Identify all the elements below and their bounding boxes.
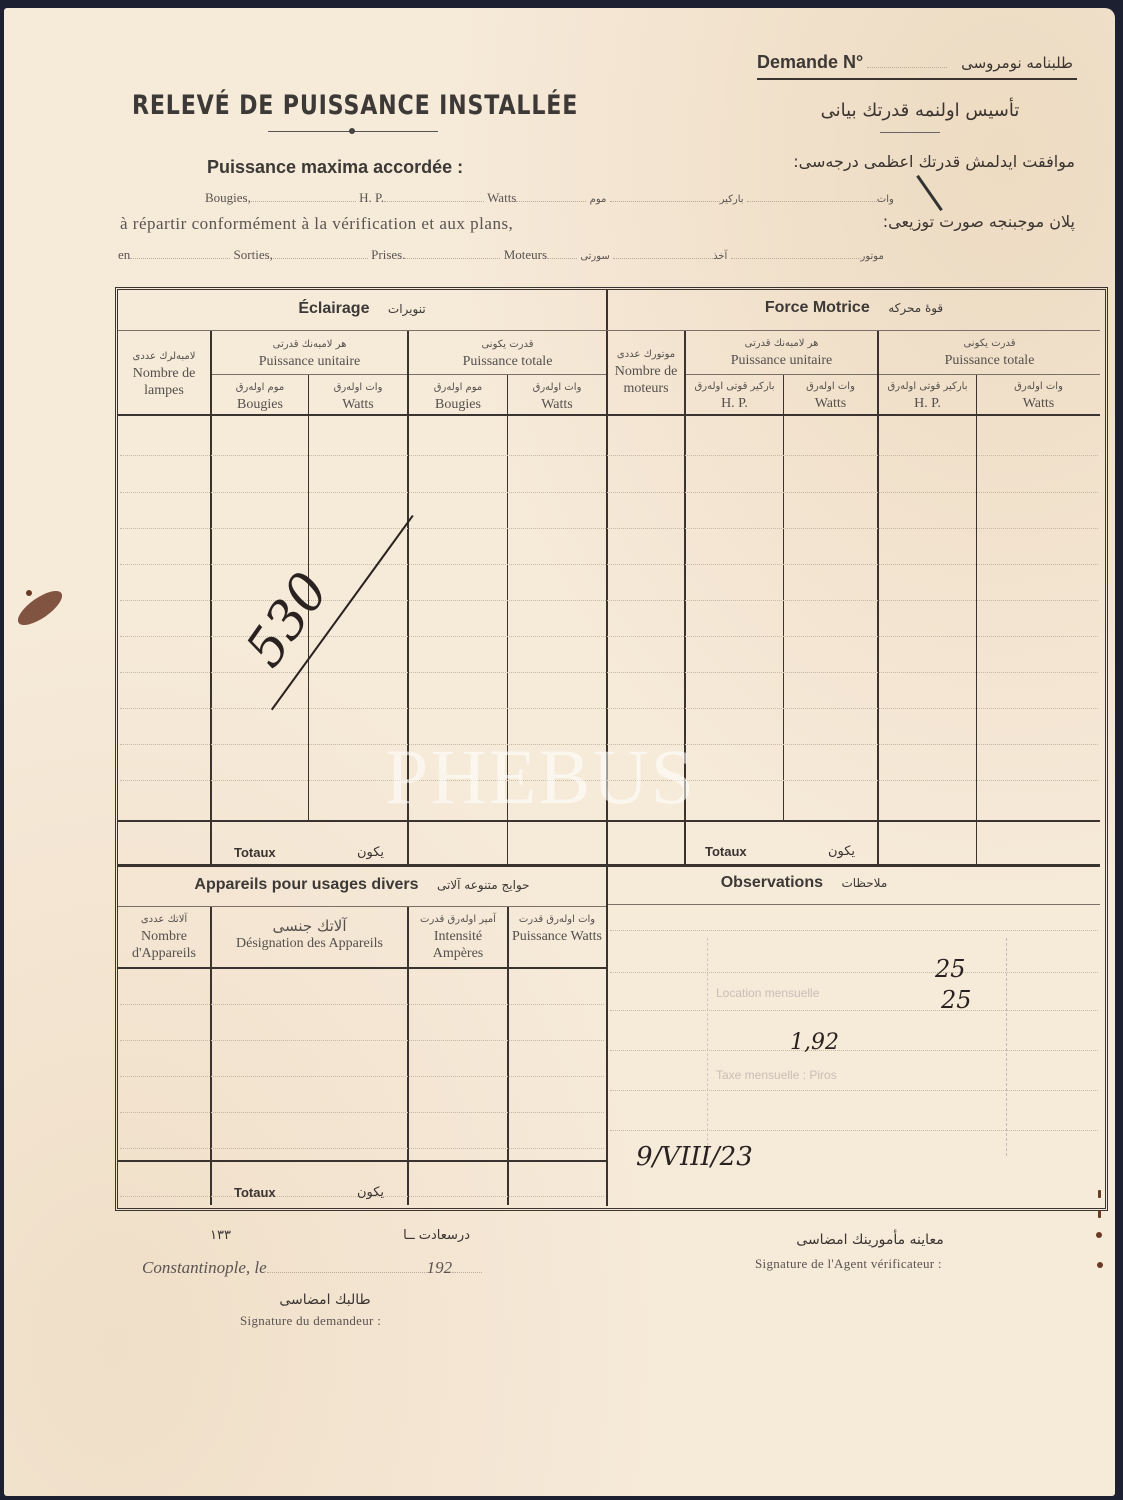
eclairage-totaux: Totaux يكون (234, 845, 384, 860)
ottoman-label: آمپر اولەرق قدرت (409, 911, 507, 928)
hp-field[interactable] (384, 201, 484, 202)
header-nombre-lampes: لامبه‌لرك عددى Nombre de lampes (118, 348, 210, 399)
sorties-field[interactable] (273, 258, 368, 259)
watts-field-label: Watts (487, 190, 516, 205)
appareils-totaux: Totaux يكون (234, 1185, 384, 1200)
ottoman-label: باركير قوتى اولەرق (879, 378, 976, 395)
ruling (120, 1076, 604, 1077)
moteurs-ottoman: موتور (861, 251, 884, 262)
appareils-title-ottoman: حوايج متنوعه آلاتى (437, 878, 530, 892)
eclairage-title: Éclairage تنويرات (118, 300, 606, 318)
demande-label: Demande N° (757, 52, 863, 72)
ink-stain (26, 590, 32, 596)
prises-label: Prises. (371, 247, 405, 262)
hp-ottoman: باركير (720, 194, 744, 205)
label: Watts (541, 397, 573, 412)
ruling (610, 930, 1098, 931)
subheader-rule-right (685, 374, 1100, 375)
label: Puissance totale (463, 354, 553, 369)
signature-date: 9/VIII/23 (636, 1142, 753, 1172)
force-motrice-title-text: Force Motrice (765, 299, 870, 316)
ruling (120, 1148, 604, 1149)
observation-value: 25 (935, 955, 966, 983)
header-designation: آلاتك جنسى Désignation des Appareils (212, 918, 407, 952)
eclairage-title-text: Éclairage (298, 300, 369, 317)
header-fm-puissance-totale: قدرت يكونى Puissance totale (879, 335, 1100, 369)
label: H. P. (721, 396, 748, 411)
header-fm-unit-watts: وات اولەرق Watts (784, 378, 877, 412)
sig-agent-label: Signature de l'Agent vérificateur : (755, 1256, 942, 1272)
ottoman-label: باركير قوتى اولەرق (686, 378, 783, 395)
appareils-title-text: Appareils pour usages divers (194, 876, 418, 893)
header-puissance-totale: قدرت يكونى Puissance totale (409, 336, 606, 370)
header-intensite: آمپر اولەرق قدرت Intensité Ampères (409, 911, 507, 962)
ruling (120, 1112, 604, 1113)
sig-agent-ottoman: معاينه مأمورينك امضاسى (760, 1232, 980, 1248)
margin-mark (1096, 1232, 1102, 1238)
label: Watts (1023, 396, 1055, 411)
col-line (507, 907, 509, 1205)
header-unit-bougies: موم اولەرق Bougies (212, 379, 308, 413)
en-label: en (118, 247, 130, 262)
force-motrice-title-ottoman: قوهٔ محركه (888, 301, 943, 315)
sig-demandeur-ottoman: طالبك امضاسى (240, 1292, 410, 1308)
ruling (120, 672, 1098, 673)
ottoman-label: موم اولەرق (409, 379, 507, 396)
label: Désignation des Appareils (236, 936, 383, 951)
totaux-ottoman: يكون (357, 1185, 384, 1200)
margin-mark (1098, 1210, 1101, 1218)
observation-value: 25 (941, 986, 972, 1014)
totaux-ottoman: يكون (828, 844, 855, 859)
label: Bougies (237, 397, 283, 412)
ottoman-label: موم اولەرق (212, 379, 308, 396)
page-title-ottoman: تأسيس اولنمه قدرتك بيانى (800, 100, 1040, 121)
ottoman-label: هر لامبه‌نك قدرتى (686, 335, 877, 352)
ruling (120, 528, 1098, 529)
label: H. P. (914, 396, 941, 411)
totaux-label: Totaux (234, 845, 276, 860)
prises-ottoman: آخذ (713, 251, 727, 262)
ottoman-label: قدرت يكونى (409, 336, 606, 353)
label: Nombre de moteurs (615, 364, 678, 396)
appareils-totals-rule (118, 1160, 606, 1162)
label: Nombre de lampes (133, 366, 196, 398)
ruling (120, 708, 1098, 709)
max-fields-row: Bougies, H. P. Watts وات باركير موم (205, 190, 1075, 206)
totaux-label: Totaux (234, 1185, 276, 1200)
bougies-field-label: Bougies, (205, 190, 251, 205)
label: Nombre d'Appareils (132, 929, 196, 961)
en-field[interactable] (130, 258, 230, 259)
totaux-ottoman: يكون (357, 845, 384, 860)
ottoman-label: وات اولەرق (508, 379, 606, 396)
city-label: Constantinople, le (142, 1258, 267, 1277)
watermark: PHEBUS (385, 732, 696, 822)
distribution-label: à répartir conformément à la vérificatio… (120, 214, 513, 234)
demande-number: Demande N° طلبنامه نومروسى (757, 52, 1077, 80)
header-bottom-rule (118, 414, 1100, 416)
page-title: RELEVÉ DE PUISSANCE INSTALLÉE (132, 90, 578, 121)
max-power-label: Puissance maxima accordée : (207, 157, 463, 178)
ruling (120, 564, 1098, 565)
ruling (120, 1040, 604, 1041)
observations-title: Observations ملاحظات (608, 874, 1000, 892)
moteurs-label: Moteurs (504, 247, 547, 262)
force-motrice-title: Force Motrice قوهٔ محركه (608, 299, 1100, 317)
ottoman-label: قدرت يكونى (879, 335, 1100, 352)
year-label: 192 (427, 1258, 453, 1277)
header-puissance-watts: وات اولەرق قدرت Puissance Watts (508, 911, 606, 945)
label: Puissance Watts (512, 929, 602, 944)
sorties-ottoman: سورتى (580, 251, 610, 262)
label: Puissance totale (945, 353, 1035, 368)
header-fm-total-hp: باركير قوتى اولەرق H. P. (879, 378, 976, 412)
header-total-bougies: موم اولەرق Bougies (409, 379, 507, 413)
header-nombre-appareils: آلاتك عددى Nombre d'Appareils (118, 911, 210, 962)
year-field[interactable] (452, 1272, 482, 1273)
watts-ottoman: وات (877, 194, 894, 205)
label: Puissance unitaire (731, 353, 832, 368)
hp-field-label: H. P. (359, 190, 384, 205)
year-ottoman: ١٣٣ (210, 1228, 231, 1243)
ottoman-label: وات اولەرق (784, 378, 877, 395)
margin-mark (1097, 1262, 1103, 1268)
ottoman-label: وات اولەرق (309, 379, 407, 396)
bougies-ottoman: موم (590, 194, 607, 205)
city-ottoman: درسعادت ــا (403, 1228, 470, 1243)
ottoman-label: آلاتك عددى (118, 911, 210, 928)
stamp-line: Location mensuelle (716, 986, 819, 1000)
sorties-label: Sorties, (234, 247, 273, 262)
label: Intensité Ampères (433, 929, 484, 961)
distribution-label-ottoman: پلان موجبنجه صورت توزيعى: (820, 212, 1075, 231)
top-section-bottom-rule (118, 864, 1100, 867)
bougies-field[interactable] (251, 201, 356, 202)
label: Watts (815, 396, 847, 411)
title-ornament-dot (349, 128, 355, 134)
observations-title-ottoman: ملاحظات (841, 876, 887, 890)
ottoman-label: وات اولەرق قدرت (508, 911, 606, 928)
ottoman-label: آلاتك جنسى (212, 918, 407, 935)
header-fm-puissance-unitaire: هر لامبه‌نك قدرتى Puissance unitaire (686, 335, 877, 369)
header-unit-watts: وات اولەرق Watts (309, 379, 407, 413)
max-power-label-ottoman: موافقت ايدلمش قدرتك اعظمى درجه‌سى: (790, 152, 1075, 171)
header-nombre-moteurs: موتورك عددى Nombre de moteurs (608, 346, 684, 397)
margin-mark (1098, 1190, 1101, 1198)
watts-field[interactable] (516, 201, 586, 202)
title-ottoman-ornament (880, 132, 940, 133)
appareils-title-rule (118, 906, 606, 907)
moteurs-field[interactable] (547, 258, 577, 259)
date-field[interactable] (267, 1272, 427, 1273)
observation-value: 1,92 (790, 1030, 839, 1055)
header-total-watts: وات اولەرق Watts (508, 379, 606, 413)
sig-demandeur-label: Signature du demandeur : (240, 1313, 381, 1329)
appareils-header-rule (118, 967, 606, 969)
demande-label-ottoman: طلبنامه نومروسى (961, 54, 1073, 72)
ottoman-label: وات اولەرق (977, 378, 1100, 395)
eclairage-title-ottoman: تنويرات (388, 302, 426, 316)
label: Watts (342, 397, 374, 412)
totaux-label: Totaux (705, 844, 747, 859)
ottoman-label: هر لامبه‌نك قدرتى (212, 336, 407, 353)
distribution-fields-row: en Sorties, Prises. Moteurs موتور آخذ سو… (118, 247, 1078, 263)
appareils-title: Appareils pour usages divers حوايج متنوع… (118, 876, 606, 894)
section-title-rule (118, 330, 1100, 331)
ruling (120, 492, 1098, 493)
header-fm-unit-hp: باركير قوتى اولەرق H. P. (686, 378, 783, 412)
force-motrice-totaux: Totaux يكون (705, 844, 855, 859)
date-line: Constantinople, le192 (142, 1258, 482, 1278)
header-fm-total-watts: وات اولەرق Watts (977, 378, 1100, 412)
observations-title-rule (608, 904, 1100, 905)
col-line (783, 375, 784, 821)
ruling (120, 455, 1098, 456)
header-puissance-unitaire: هر لامبه‌نك قدرتى Puissance unitaire (212, 336, 407, 370)
ottoman-label: لامبه‌لرك عددى (118, 348, 210, 365)
ruling (120, 1004, 604, 1005)
observations-title-text: Observations (721, 874, 823, 891)
stamp-line: Taxe mensuelle : Piros (716, 1068, 837, 1082)
prises-field[interactable] (405, 258, 500, 259)
ottoman-label: موتورك عددى (608, 346, 684, 363)
col-line (976, 375, 977, 864)
label: Puissance unitaire (259, 354, 360, 369)
label: Bougies (435, 397, 481, 412)
